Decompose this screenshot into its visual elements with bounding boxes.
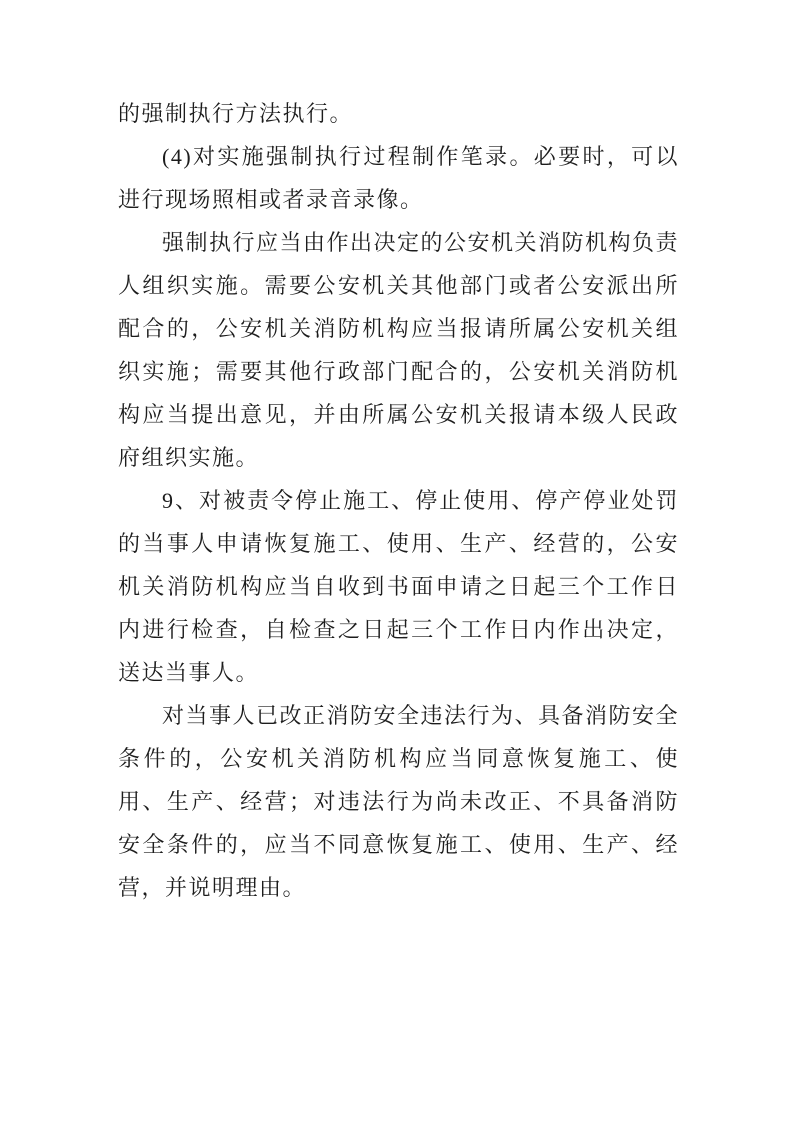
paragraph-item-4: (4)对实施强制执行过程制作笔录。必要时，可以进行现场照相或者录音录像。 (118, 135, 679, 221)
document-page: 的强制执行方法执行。 (4)对实施强制执行过程制作笔录。必要时，可以进行现场照相… (118, 92, 679, 909)
paragraph-continuation: 的强制执行方法执行。 (118, 92, 679, 135)
paragraph-resume-conditions: 对当事人已改正消防安全违法行为、具备消防安全条件的，公安机关消防机构应当同意恢复… (118, 694, 679, 909)
paragraph-item-9: 9、对被责令停止施工、停止使用、停产停业处罚的当事人申请恢复施工、使用、生产、经… (118, 479, 679, 694)
paragraph-enforcement-organization: 强制执行应当由作出决定的公安机关消防机构负责人组织实施。需要公安机关其他部门或者… (118, 221, 679, 479)
